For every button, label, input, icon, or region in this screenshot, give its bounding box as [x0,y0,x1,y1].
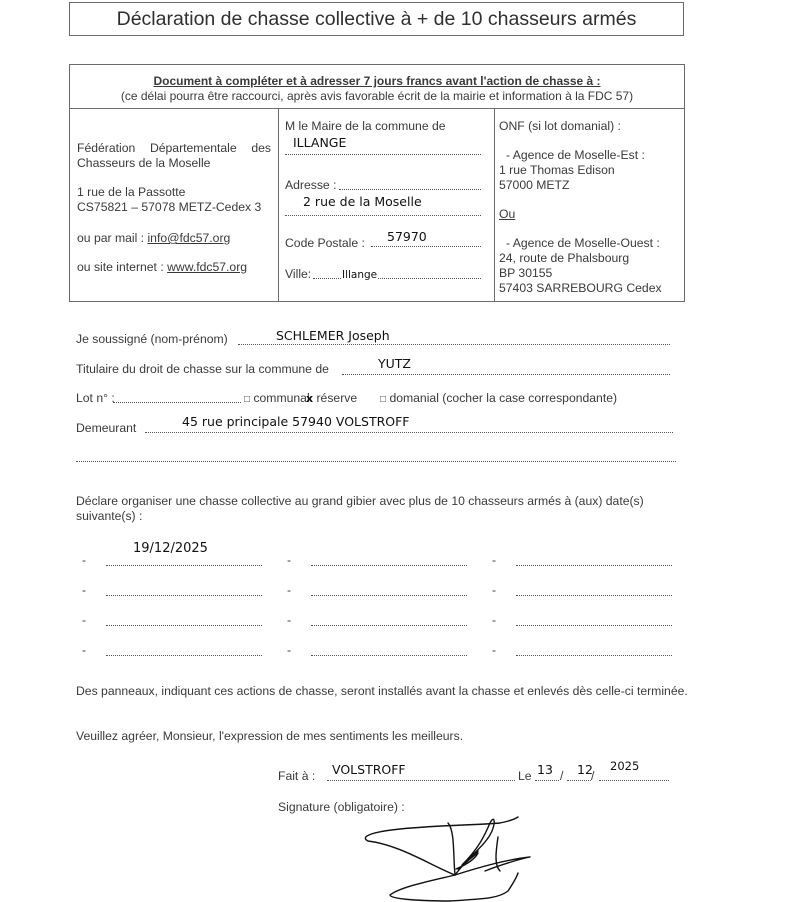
onf-column: ONF (si lot domanial) : - Agence de Mose… [495,109,684,301]
commune-dotline [285,154,481,155]
signature-label: Signature (obligatoire) : [278,800,405,814]
checkbox-reserve-checked[interactable]: x [306,392,313,405]
city-label: Ville: [285,267,311,282]
mail-link[interactable]: info@fdc57.org [147,231,230,245]
federation-address-2: CS75821 – 57078 METZ-Cedex 3 [77,200,271,215]
onf-agency-ouest-address-1: 24, route de Phalsbourg [499,251,680,266]
option-communal[interactable]: □ communal [244,391,310,405]
site-label: ou site internet : [77,260,167,274]
date-dash: - [492,613,496,627]
resident-label: Demeurant [76,421,136,435]
month-dotline [567,780,591,781]
domanial-label: domanial (cocher la case correspondante) [389,391,617,405]
slash-2: / [591,769,594,783]
date-field-11[interactable] [311,655,467,656]
resident-field[interactable]: 45 rue principale 57940 VOLSTROFF [182,414,410,429]
fait-dotline [327,780,515,781]
date-field-8[interactable] [311,625,467,626]
reserve-label: réserve [317,391,358,405]
date-dash: - [82,583,86,597]
postal-dotline [371,246,481,247]
option-reserve[interactable]: x réserve [306,391,357,405]
declare-text: Déclare organiser une chasse collective … [76,494,688,524]
mairie-postal-value[interactable]: 57970 [387,229,427,244]
day-dotline [535,780,559,781]
date-dash: - [287,613,291,627]
onf-agency-ouest-address-3: 57403 SARREBOURG Cedex [499,281,680,296]
site-link[interactable]: www.fdc57.org [167,260,247,274]
panels-text: Des panneaux, indiquant ces actions de c… [76,684,688,699]
resident-dotline-2[interactable] [76,461,676,462]
onf-agency-est-address-2: 57000 METZ [499,178,680,193]
date-field-10[interactable] [106,655,262,656]
mail-label: ou par mail : [77,231,147,245]
date-dash: - [82,613,86,627]
checkbox-communal[interactable]: □ [244,394,250,405]
date-dash: - [492,583,496,597]
date-dash: - [287,583,291,597]
option-domanial[interactable]: □ domanial (cocher la case correspondant… [380,391,617,405]
onf-agency-est-address-1: 1 rue Thomas Edison [499,163,680,178]
slash-1: / [560,769,563,783]
postal-label: Code Postale : [285,236,365,251]
subheading-text: (ce délai pourra être raccourci, après a… [70,89,684,104]
date-field-9[interactable] [516,625,672,626]
date-field-1[interactable] [106,565,262,566]
date-dash: - [287,643,291,657]
federation-name-2: Chasseurs de la Moselle [77,156,271,171]
name-dotline [238,344,670,345]
address-label: Adresse : [285,178,336,193]
mairie-column: M le Maire de la commune de ILLANGE Adre… [279,109,495,301]
signature-drawing[interactable] [360,815,560,902]
city-dotline [313,278,481,279]
federation-address-1: 1 rue de la Passotte [77,185,271,200]
fait-label: Fait à : [278,769,315,783]
mairie-label: M le Maire de la commune de [285,119,446,134]
checkbox-domanial[interactable]: □ [380,394,386,405]
communal-label: communal [253,391,309,405]
addressees-box: Document à compléter et à adresser 7 jou… [69,64,685,302]
onf-agency-ouest-address-2: BP 30155 [499,266,680,281]
holder-field[interactable]: YUTZ [378,356,411,371]
holder-label: Titulaire du droit de chasse sur la comm… [76,362,329,376]
address-dotline [339,189,481,190]
heading-text: Document à compléter et à adresser 7 jou… [70,74,684,89]
onf-label: ONF (si lot domanial) : [499,119,680,134]
date-field-5[interactable] [311,595,467,596]
date-dash: - [287,553,291,567]
date-dash: - [492,643,496,657]
name-label: Je soussigné (nom-prénom) [76,332,228,346]
day-field[interactable]: 13 [537,762,553,777]
mairie-address-value[interactable]: 2 rue de la Moselle [303,194,422,209]
mairie-city-value[interactable]: Illange [341,268,378,283]
lot-label: Lot n° : [76,391,115,405]
or-label: Ou [499,207,680,222]
federation-column: Fédération Départementale des Chasseurs … [70,109,279,301]
date-field-12[interactable] [516,655,672,656]
addressees-heading: Document à compléter et à adresser 7 jou… [70,65,684,109]
year-dotline [599,780,669,781]
onf-agency-ouest: - Agence de Moselle-Ouest : [499,236,680,251]
fait-field[interactable]: VOLSTROFF [332,762,406,777]
lot-dotline[interactable] [113,402,241,403]
federation-name-1: Fédération Départementale des [77,141,271,156]
date-field-3[interactable] [516,565,672,566]
date-dash: - [82,643,86,657]
date-1-value[interactable]: 19/12/2025 [133,541,208,556]
holder-dotline [342,374,670,375]
resident-dotline [145,432,673,433]
date-field-7[interactable] [106,625,262,626]
date-field-6[interactable] [516,595,672,596]
onf-agency-est: - Agence de Moselle-Est : [499,148,680,163]
mairie-commune-value[interactable]: ILLANGE [293,135,346,150]
date-field-4[interactable] [106,595,262,596]
closing-text: Veuillez agréer, Monsieur, l'expression … [76,729,463,743]
date-field-2[interactable] [311,565,467,566]
document-title: Déclaration de chasse collective à + de … [69,2,684,36]
name-field[interactable]: SCHLEMER Joseph [276,328,390,343]
year-field[interactable]: 2025 [610,759,639,773]
date-dash: - [82,553,86,567]
address-dotline-2 [285,215,481,216]
le-label: Le [518,769,532,783]
date-dash: - [492,553,496,567]
